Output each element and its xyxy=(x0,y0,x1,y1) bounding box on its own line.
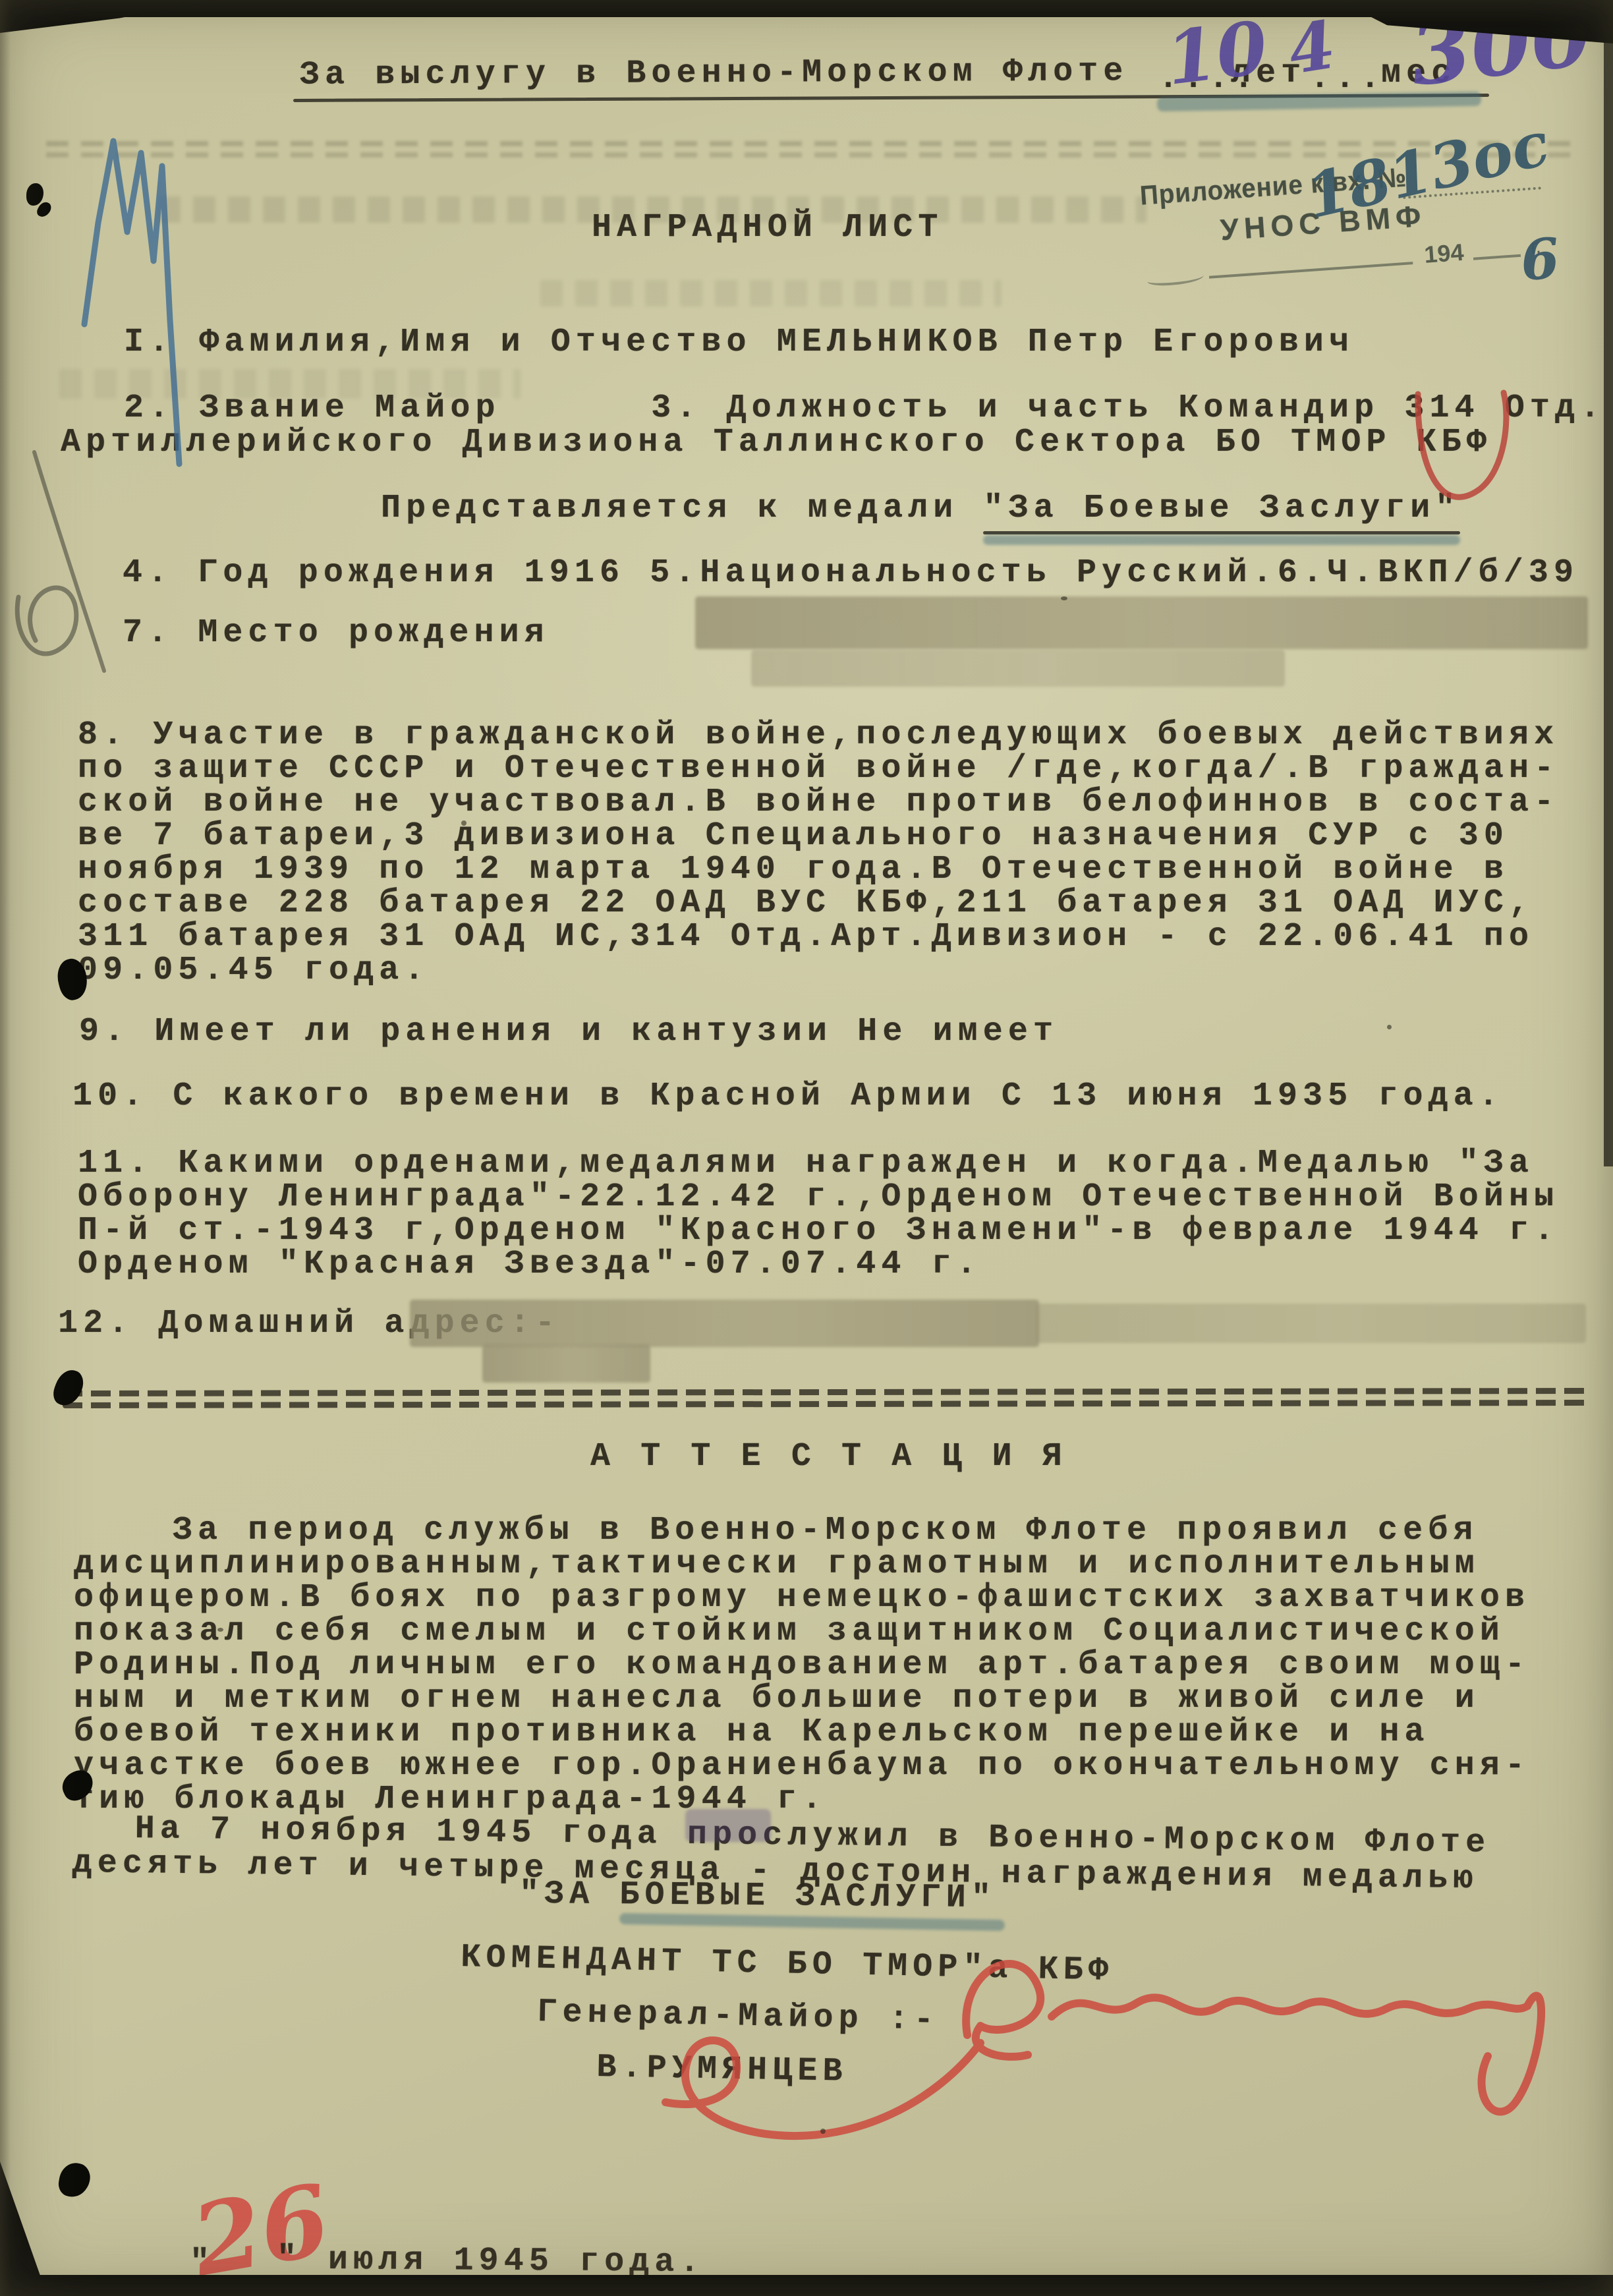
field-birth-nationality-party: 4. Год рождения 1916 5.Национальность Ру… xyxy=(123,555,1579,591)
redacted-birthplace-second xyxy=(751,650,1285,687)
field-rank-and-position: 2. Звание Майор 3. Должность и часть Ком… xyxy=(124,390,1605,426)
scan-edge-left-shadow xyxy=(0,0,11,2296)
scan-edge-bottom xyxy=(0,2275,1613,2296)
section8-line: ноября 1939 по 12 марта 1940 года.В Отеч… xyxy=(78,851,1509,888)
ink-blot-purple xyxy=(685,1809,771,1842)
section8-line: по защите СССР и Отечественной войне /гд… xyxy=(78,751,1559,787)
attestation-line: дисциплинированным,тактически грамотным … xyxy=(74,1546,1480,1582)
redacted-address xyxy=(410,1300,1039,1347)
field-birthplace: 7. Место рождения xyxy=(123,615,550,651)
handwritten-months-value: 4 xyxy=(1284,11,1340,84)
ink-speck xyxy=(1226,435,1230,438)
scan-edge-right xyxy=(1604,13,1613,1166)
handwritten-years-value: 10 xyxy=(1162,11,1271,96)
stamp-blank-line xyxy=(1209,262,1413,279)
attestation-line: ным и метким огнем нанесла большие потер… xyxy=(74,1680,1480,1717)
field-wounds: 9. Имеет ли ранения и кантузии Не имеет xyxy=(79,1014,1058,1050)
ink-speck xyxy=(820,2129,826,2134)
ghost-impression-row xyxy=(540,280,1002,306)
section8-line: 8. Участие в гражданской войне,последующ… xyxy=(78,717,1559,753)
attestation-line: офицером.В боях по разгрому немецко-фаши… xyxy=(74,1580,1530,1616)
attestation-line: боевой техники противника на Карельском … xyxy=(74,1714,1430,1750)
section-divider xyxy=(63,1388,1586,1396)
stamp-year-prefix: 194 xyxy=(1423,239,1465,269)
signatory-name: В.РУМЯНЦЕВ xyxy=(596,2050,848,2090)
stamp-script-squiggle xyxy=(1146,270,1204,287)
redacted-address-right xyxy=(1036,1304,1586,1343)
attestation-line: показал себя смелым и стойким защитником… xyxy=(74,1613,1505,1650)
section11-line: Оборону Ленинграда"-22.12.42 г.,Орденом … xyxy=(78,1179,1559,1215)
ink-speck xyxy=(217,1628,223,1632)
redacted-address-second xyxy=(482,1344,650,1383)
section8-line: ской войне не участвовал.В войне против … xyxy=(78,784,1559,820)
redacted-birthplace xyxy=(695,596,1588,649)
field-position-continued: Артиллерийского Дивизиона Таллинского Се… xyxy=(61,424,1492,461)
ink-speck xyxy=(1061,596,1067,600)
section8-line: 09.05.45 года. xyxy=(78,952,429,989)
attestation-title: А Т Т Е С Т А Ц И Я xyxy=(590,1439,1067,1475)
punch-hole xyxy=(57,2160,92,2199)
attestation-line: Родины.Под личным его командованием арт.… xyxy=(74,1647,1530,1683)
field-army-since: 10. С какого времени в Красной Армии С 1… xyxy=(72,1078,1504,1114)
handwritten-date-day: 26 xyxy=(186,2170,337,2290)
section11-line: Орденом "Красная Звезда"-07.07.44 г. xyxy=(78,1246,982,1282)
field-name: I. Фамилия,Имя и Отчество МЕЛЬНИКОВ Петр… xyxy=(124,324,1354,360)
presentation-line: Представляется к медали "За Боевые Заслу… xyxy=(381,490,1461,527)
section11-line: 11. Какими орденами,медалями награжден и… xyxy=(78,1145,1534,1182)
punch-hole xyxy=(26,183,43,206)
handwritten-year-digit: 6 xyxy=(1518,231,1562,289)
section8-line: ве 7 батареи,3 дивизиона Специального на… xyxy=(78,818,1509,854)
pencil-margin-scribble xyxy=(17,588,76,654)
section-divider xyxy=(63,1400,1586,1408)
pencil-margin-stroke xyxy=(34,452,104,671)
medal-name-ink-smudge xyxy=(983,535,1460,545)
attestation-line: участке боев южнее гор.Ораниенбаума по о… xyxy=(74,1748,1530,1784)
stamp-year-blank xyxy=(1473,254,1521,260)
section8-line: составе 228 батарея 22 ОАД ВУС КБФ,211 б… xyxy=(78,885,1534,921)
section11-line: П-й ст.-1943 г,Орденом "Красного Знамени… xyxy=(78,1213,1559,1249)
document-title: НАГРАДНОЙ ЛИСТ xyxy=(592,210,943,246)
medal-name-underline xyxy=(983,531,1460,534)
section8-line: 311 батарея 31 ОАД ИС,314 Отд.Арт.Дивизи… xyxy=(78,919,1534,955)
ink-speck xyxy=(1387,1025,1392,1029)
award-sheet-document: За выслугу в Военно-Морском Флоте .... л… xyxy=(0,0,1613,2296)
ghost-impression-row xyxy=(46,141,1581,146)
ink-speck xyxy=(461,820,467,826)
service-duration-line: За выслугу в Военно-Морском Флоте xyxy=(300,53,1129,93)
date-close-quote: " xyxy=(277,2241,302,2277)
attestation-medal-line: "ЗА БОЕВЫЕ ЗАСЛУГИ" xyxy=(519,1876,996,1916)
attestation-line: За период службы в Военно-Морском Флоте … xyxy=(173,1512,1478,1549)
signatory-rank: Генерал-Майор :- xyxy=(537,1994,940,2039)
signatory-title: КОМЕНДАНТ ТС БО ТМОР"а КБФ xyxy=(461,1939,1114,1990)
